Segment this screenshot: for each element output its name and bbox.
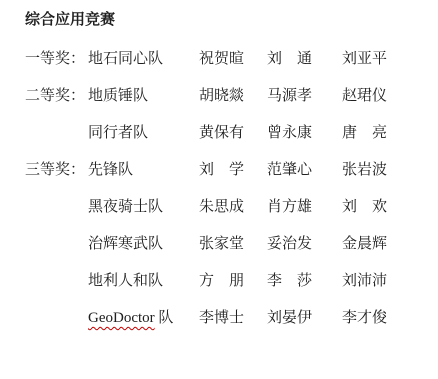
member-name: 肖方雄	[267, 189, 342, 226]
member-name: 范肇心	[267, 152, 342, 189]
table-row: 三等奖：先锋队刘 学范肇心张岩波	[25, 152, 438, 189]
member-name: 刘亚平	[342, 41, 387, 78]
award-list: 一等奖：地石同心队祝贺暄刘 通刘亚平 二等奖：地质锤队胡晓燚马源孝赵珺仪 同行者…	[25, 41, 438, 337]
member-name: 方 朋	[199, 263, 267, 300]
member-name: 胡晓燚	[199, 78, 267, 115]
table-row: GeoDoctor 队李博士刘晏伊李才俊	[25, 300, 438, 337]
team-name: 同行者队	[88, 115, 199, 152]
member-name: 张家堂	[199, 226, 267, 263]
member-name: 刘 学	[199, 152, 267, 189]
table-row: 地利人和队方 朋李 莎刘沛沛	[25, 263, 438, 300]
table-row: 一等奖：地石同心队祝贺暄刘 通刘亚平	[25, 41, 438, 78]
team-name: GeoDoctor 队	[88, 300, 199, 337]
member-name: 朱思成	[199, 189, 267, 226]
member-name: 赵珺仪	[342, 78, 387, 115]
member-name: 黄保有	[199, 115, 267, 152]
member-name: 李才俊	[342, 300, 387, 337]
member-name: 刘沛沛	[342, 263, 387, 300]
team-name: 治辉寒武队	[88, 226, 199, 263]
spellchecked-team-name-latin: GeoDoctor	[88, 310, 155, 326]
prize-label: 二等奖：	[25, 78, 88, 115]
member-name: 刘 通	[267, 41, 342, 78]
member-name: 刘晏伊	[267, 300, 342, 337]
page-title: 综合应用竞赛	[25, 10, 438, 30]
table-row: 同行者队黄保有曾永康唐 亮	[25, 115, 438, 152]
member-name: 唐 亮	[342, 115, 387, 152]
team-name: 地质锤队	[88, 78, 199, 115]
table-row: 黑夜骑士队朱思成肖方雄刘 欢	[25, 189, 438, 226]
member-name: 金晨辉	[342, 226, 387, 263]
member-name: 曾永康	[267, 115, 342, 152]
team-name-suffix: 队	[155, 310, 174, 326]
member-name: 李 莎	[267, 263, 342, 300]
document-canvas[interactable]: 综合应用竞赛 一等奖：地石同心队祝贺暄刘 通刘亚平 二等奖：地质锤队胡晓燚马源孝…	[0, 0, 438, 379]
table-row: 治辉寒武队张家堂妥治发金晨辉	[25, 226, 438, 263]
team-name: 黑夜骑士队	[88, 189, 199, 226]
prize-label: 一等奖：	[25, 41, 88, 78]
table-row: 二等奖：地质锤队胡晓燚马源孝赵珺仪	[25, 78, 438, 115]
team-name: 先锋队	[88, 152, 199, 189]
member-name: 马源孝	[267, 78, 342, 115]
member-name: 祝贺暄	[199, 41, 267, 78]
team-name: 地石同心队	[88, 41, 199, 78]
prize-label: 三等奖：	[25, 152, 88, 189]
member-name: 张岩波	[342, 152, 387, 189]
member-name: 李博士	[199, 300, 267, 337]
member-name: 妥治发	[267, 226, 342, 263]
team-name: 地利人和队	[88, 263, 199, 300]
member-name: 刘 欢	[342, 189, 387, 226]
